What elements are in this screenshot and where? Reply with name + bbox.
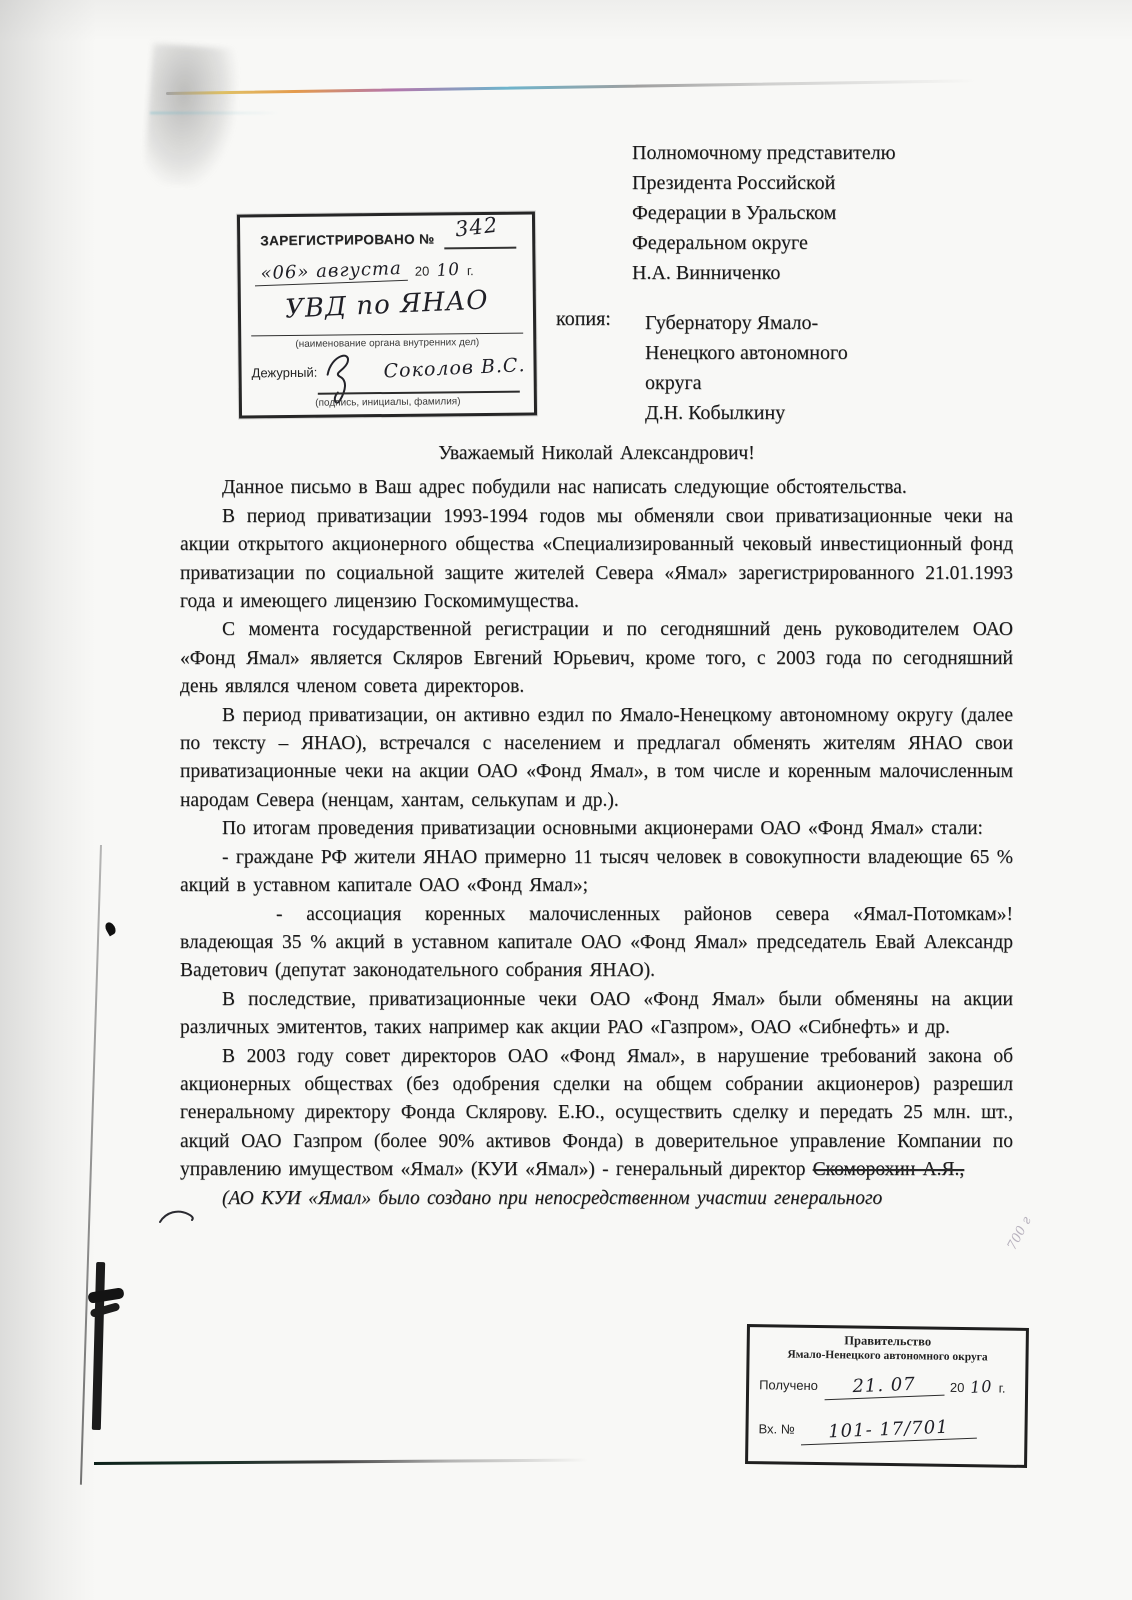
body-paragraph: (АО КУИ «Ямал» было создано при непосред… [180, 1185, 1013, 1213]
paragraph-text: Данное письмо в Ваш адрес побудили нас н… [222, 477, 907, 498]
scan-smudge [143, 43, 239, 189]
copy-label: копия: [556, 308, 611, 331]
registration-org-handwritten: УВД по ЯНАО [240, 283, 533, 326]
paragraph-text: (АО КУИ «Ямал» было создано при непосред… [222, 1188, 882, 1209]
inbox-number-label: Вх. № [758, 1421, 794, 1437]
paragraph-text: По итогам проведения приватизации основн… [222, 818, 983, 839]
received-label: Получено [759, 1377, 818, 1393]
body-paragraph: С момента государственной регистрации и … [180, 616, 1013, 701]
recipient-line: Н.А. Винниченко [632, 258, 896, 288]
scanned-letter-page: { "reg_stamp": { "label": "ЗАРЕГИСТРИРОВ… [0, 0, 1132, 1600]
registration-year-suffix: г. [467, 263, 474, 278]
scan-cyan-streak [150, 112, 280, 114]
ink-speck [103, 921, 117, 937]
copy-recipient-line: Д.Н. Кобылкину [645, 398, 848, 428]
scan-rainbow-streak [166, 79, 976, 95]
body-paragraph: - ассоциация коренных малочисленных райо… [180, 901, 1013, 986]
duty-officer-name-handwritten: Соколов В.С. [383, 354, 526, 382]
copy-recipient-block: Губернатору Ямало- Ненецкого автономного… [645, 308, 848, 428]
paragraph-text: В период приватизации 1993-1994 годов мы… [180, 506, 1013, 612]
received-date-handwritten: 21. 07 [824, 1373, 945, 1401]
copy-recipient-line: Ненецкого автономного [645, 338, 848, 368]
registration-stamp-label: ЗАРЕГИСТРИРОВАНО № [260, 231, 434, 248]
signature-caption: (подпись, инициалы, фамилия) [242, 395, 534, 409]
body-paragraph: В период приватизации, он активно ездил … [180, 702, 1013, 816]
inbox-number-handwritten: 101- 17/701 [800, 1416, 977, 1446]
struck-text: Скоморохин А.Я., [813, 1159, 965, 1180]
registration-date-row: «06» августа 20 10 г. [254, 259, 518, 285]
body-paragraph: В 2003 году совет директоров ОАО «Фонд Я… [180, 1043, 1013, 1185]
received-year-suffix: г. [999, 1381, 1006, 1396]
registration-year-handwritten: 10 [436, 259, 461, 281]
copy-recipient-line: округа [645, 368, 848, 398]
recipient-line: Федерации в Уральском [632, 198, 896, 228]
received-year-prefix: 20 [950, 1380, 965, 1395]
margin-checkmark-squiggle [158, 1206, 198, 1228]
underlying-page-edge [94, 1459, 588, 1465]
salutation: Уважаемый Николай Александрович! [180, 440, 1013, 468]
gov-stamp-org-line2: Ямало-Ненецкого автономного округа [749, 1348, 1025, 1364]
paragraph-text: В последствие, приватизационные чеки ОАО… [180, 989, 1013, 1038]
recipient-line: Президента Российской [632, 168, 896, 198]
recipient-line: Полномочному представителю [632, 138, 896, 168]
paragraph-text: С момента государственной регистрации и … [180, 619, 1013, 697]
paragraph-text: - граждане РФ жители ЯНАО примерно 11 ты… [180, 847, 1013, 896]
registration-stamp: ЗАРЕГИСТРИРОВАНО № 342 «06» августа 20 1… [237, 211, 537, 418]
copy-recipient-line: Губернатору Ямало- [645, 308, 848, 338]
recipient-line: Федеральном округе [632, 228, 896, 258]
body-paragraph: В период приватизации 1993-1994 годов мы… [180, 503, 1013, 617]
registration-number-handwritten: 342 [454, 213, 500, 242]
paragraph-text: В период приватизации, он активно ездил … [180, 705, 1013, 811]
body-paragraph: По итогам проведения приватизации основн… [180, 815, 1013, 843]
received-year-handwritten: 10 [970, 1377, 993, 1397]
body-paragraph: В последствие, приватизационные чеки ОАО… [180, 986, 1013, 1043]
registration-number-underline [444, 247, 516, 250]
body-paragraph: Данное письмо в Ваш адрес побудили нас н… [180, 474, 1013, 502]
government-received-stamp: Правительство Ямало-Ненецкого автономног… [745, 1324, 1029, 1468]
letter-body: Уважаемый Николай Александрович! Данное … [180, 440, 1013, 1213]
registration-date-handwritten: «06» августа [254, 258, 408, 287]
top-edge-shading [0, 0, 1132, 42]
pencil-margin-note: 700 г [1005, 1214, 1035, 1252]
registration-org-rule [251, 333, 523, 337]
gov-stamp-received-row: Получено 21. 07 20 10 г. [759, 1373, 1006, 1399]
gov-stamp-inbox-row: Вх. № 101- 17/701 [758, 1417, 977, 1443]
paragraph-text: - ассоциация коренных малочисленных райо… [180, 904, 1013, 982]
body-paragraph: - граждане РФ жители ЯНАО примерно 11 ты… [180, 844, 1013, 901]
registration-year-prefix: 20 [415, 264, 430, 279]
recipient-address-block: Полномочному представителю Президента Ро… [632, 138, 896, 288]
duty-officer-label: Дежурный: [252, 365, 318, 381]
left-edge-shading [0, 0, 96, 1600]
registration-org-caption: (наименование органа внутренних дел) [241, 336, 533, 350]
